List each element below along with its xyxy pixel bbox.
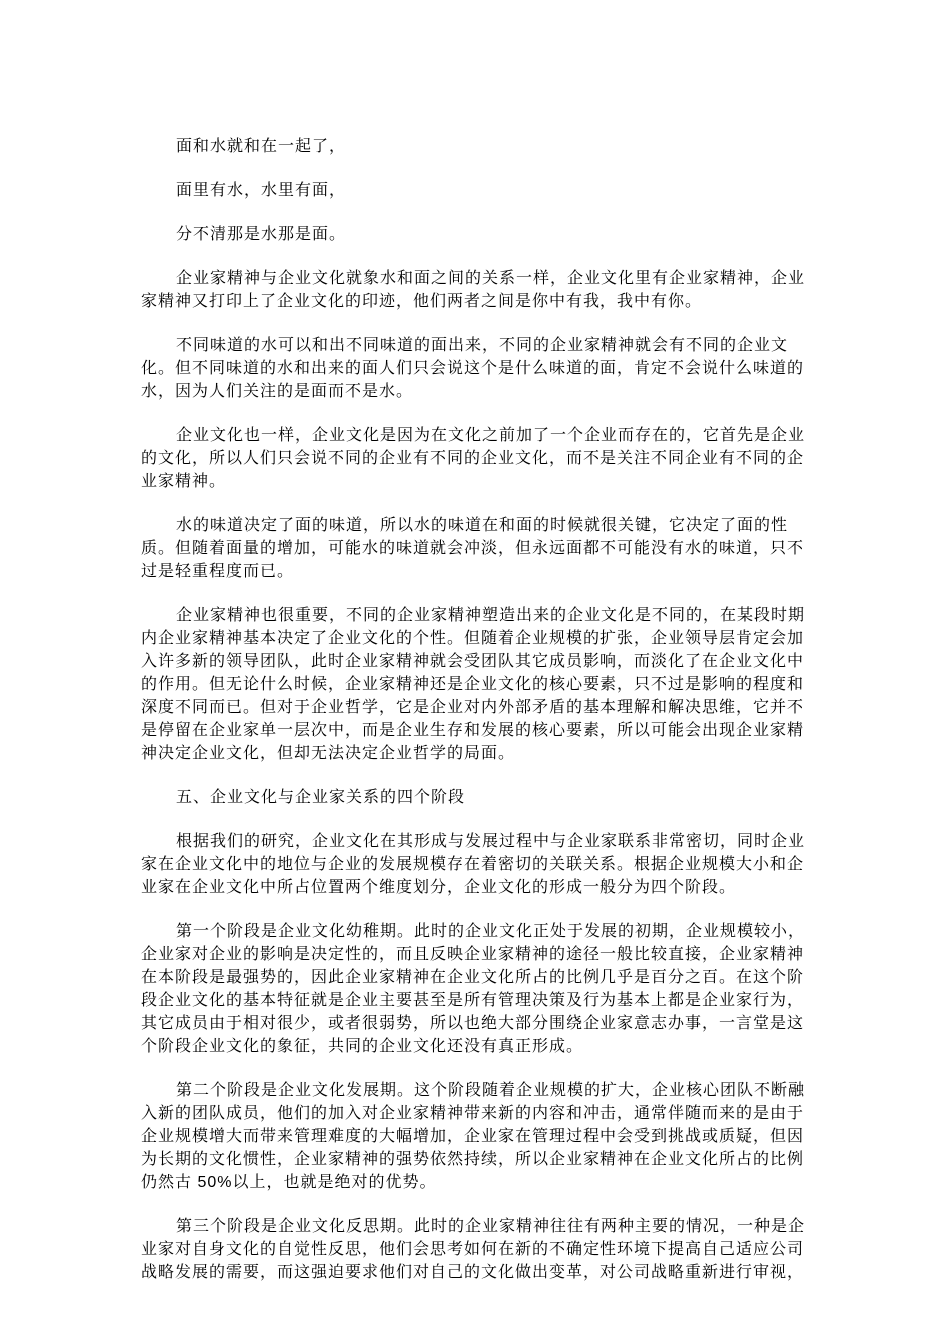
- section-heading: 五、企业文化与企业家关系的四个阶段: [141, 786, 806, 809]
- body-paragraph: 企业文化也一样，企业文化是因为在文化之前加了一个企业而存在的，它首先是企业的文化…: [141, 424, 806, 493]
- verse-line: 面里有水，水里有面，: [141, 179, 806, 202]
- document-page: 面和水就和在一起了， 面里有水，水里有面， 分不清那是水那是面。 企业家精神与企…: [0, 0, 950, 1344]
- body-paragraph: 第一个阶段是企业文化幼稚期。此时的企业文化正处于发展的初期，企业规模较小，企业家…: [141, 920, 806, 1058]
- verse-line: 分不清那是水那是面。: [141, 223, 806, 246]
- body-paragraph: 根据我们的研究，企业文化在其形成与发展过程中与企业家联系非常密切，同时企业家在企…: [141, 830, 806, 899]
- body-paragraph: 第二个阶段是企业文化发展期。这个阶段随着企业规模的扩大，企业核心团队不断融入新的…: [141, 1079, 806, 1194]
- body-paragraph: 不同味道的水可以和出不同味道的面出来，不同的企业家精神就会有不同的企业文化。但不…: [141, 334, 806, 403]
- body-paragraph: 第三个阶段是企业文化反思期。此时的企业家精神往往有两种主要的情况，一种是企业家对…: [141, 1215, 806, 1284]
- verse-line: 面和水就和在一起了，: [141, 135, 806, 158]
- body-paragraph: 水的味道决定了面的味道，所以水的味道在和面的时候就很关键，它决定了面的性质。但随…: [141, 514, 806, 583]
- body-paragraph: 企业家精神与企业文化就象水和面之间的关系一样，企业文化里有企业家精神，企业家精神…: [141, 267, 806, 313]
- body-paragraph: 企业家精神也很重要，不同的企业家精神塑造出来的企业文化是不同的，在某段时期内企业…: [141, 604, 806, 765]
